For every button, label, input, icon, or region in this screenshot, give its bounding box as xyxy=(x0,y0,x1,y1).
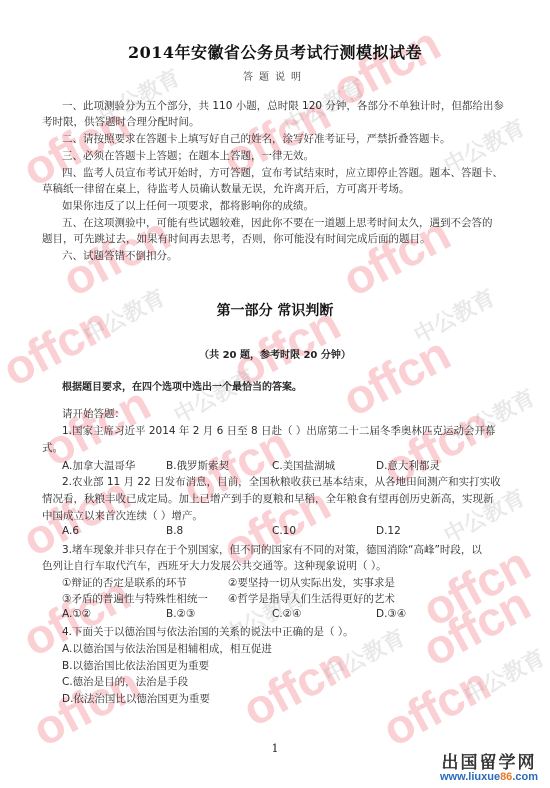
question-2-option-b: B.8 xyxy=(166,525,183,537)
instruction-line: 五、在这项测验中，可能有些试题较难，因此你不要在一道题上思考时间太久，遇到不会答… xyxy=(62,215,522,231)
instruction-line: 四、监考人员宣布考试开始时，方可答题，宣布考试结束时，应立即停止答题。题本、答题… xyxy=(62,165,522,181)
instruction-line: 六、试题答错不倒扣分。 xyxy=(62,248,522,264)
document-subtitle: 答题说明 xyxy=(0,68,550,83)
url-prefix: www.liuxue xyxy=(440,771,500,783)
question-1-text: 式。 xyxy=(42,440,502,456)
site-logo-url: www.liuxue86.com xyxy=(440,771,538,783)
question-3-option-c: C.②④ xyxy=(272,608,302,620)
section-instruction: 根据题目要求，在四个选项中选出一个最恰当的答案。 xyxy=(62,378,302,393)
question-3-option-b: B.②③ xyxy=(166,608,195,620)
section-title: 第一部分 常识判断 xyxy=(0,300,550,320)
instruction-line: 题目，可先跳过去，如果有时间再去思考，否则，你可能没有时间完成后面的题目。 xyxy=(42,231,502,247)
question-1-option-b: B.俄罗斯索契 xyxy=(166,458,229,473)
question-3-statement-2: ②要坚持一切从实际出发，实事求是 xyxy=(228,575,395,590)
question-2-text: 2.农业部 11 月 22 日发布消息，目前，全国秋粮收获已基本结束，从各地田间… xyxy=(62,474,522,490)
question-1-option-a: A.加拿大温哥华 xyxy=(62,458,135,473)
question-2-option-a: A.6 xyxy=(62,525,79,537)
question-4-option-d: D.依法治国比以德治国更为重要 xyxy=(62,691,210,706)
instruction-line: 二、请按照要求在答题卡上填写好自己的姓名，涂写好准考证号，严禁折叠答题卡。 xyxy=(62,131,522,147)
question-2-option-d: D.12 xyxy=(376,525,401,537)
document-title: 2014年安徽省公务员考试行测模拟试卷 xyxy=(0,40,550,63)
question-1-option-d: D.意大利都灵 xyxy=(376,458,440,473)
question-3-statement-3: ③矛盾的普遍性与特殊性相统一 xyxy=(62,591,208,606)
question-3-statement-1: ①辩证的否定是联系的环节 xyxy=(62,575,187,590)
question-2-option-c: C.10 xyxy=(272,525,296,537)
document-page: offcn 中公教育 offcn 中公教育 offcn 中公教育 offcn o… xyxy=(0,0,550,788)
watermark-zhonggong: 中公教育 xyxy=(458,641,550,710)
instruction-line: 草稿纸一律留在桌上，待监考人员确认数量无误，允许离开后，方可离开考场。 xyxy=(42,181,502,197)
question-4-text: 4.下面关于以德治国与依法治国的关系的说法中正确的是（ ）。 xyxy=(62,624,522,640)
question-3-text: 色列让自行车取代汽车，西班牙大力发展公共交通等。这种现象说明（ ）。 xyxy=(42,558,502,574)
url-accent: 86 xyxy=(500,771,512,783)
instruction-line: 考时限，供答题时合理分配时间。 xyxy=(42,114,502,130)
question-3-text: 3.堵车现象并非只存在于个别国家，但不同的国家有不同的对策，德国消除“高峰”时段… xyxy=(62,542,522,558)
question-1-text: 1.国家主席习近平 2014 年 2 月 6 日至 8 日赴（ ）出席第二十二届… xyxy=(62,423,522,439)
question-3-option-d: D.③④ xyxy=(376,608,406,620)
question-1-option-c: C.美国盐湖城 xyxy=(272,458,335,473)
question-2-text: 中国成立以来首次连续（ ）增产。 xyxy=(42,508,502,524)
question-4-option-a: A.以德治国与依法治国是相辅相成，相互促进 xyxy=(62,641,272,656)
instruction-line: 一、此项测验分为五个部分，共 110 小题，总时限 120 分钟，各部分不单独计… xyxy=(62,98,522,114)
instruction-line: 如果你违反了以上任何一项要求，都将影响你的成绩。 xyxy=(62,198,522,214)
question-2-text: 情况看，秋粮丰收已成定局。加上已增产到手的夏粮和早稻，全年粮食有望再创历史新高，… xyxy=(42,491,502,507)
instruction-line: 三、必须在答题卡上答题；在题本上答题，一律无效。 xyxy=(62,148,522,164)
url-suffix: .com xyxy=(512,771,538,783)
question-4-option-c: C.德治是目的，法治是手段 xyxy=(62,674,188,689)
start-prompt: 请开始答题： xyxy=(62,406,522,422)
question-3-option-a: A.①② xyxy=(62,608,91,620)
section-subtitle: （共 20 题，参考时限 20 分钟） xyxy=(0,346,550,361)
question-3-statement-4: ④哲学是指导人们生活得更好的艺术 xyxy=(228,591,395,606)
page-number: 1 xyxy=(0,742,550,755)
question-4-option-b: B.以德治国比依法治国更为重要 xyxy=(62,658,209,673)
